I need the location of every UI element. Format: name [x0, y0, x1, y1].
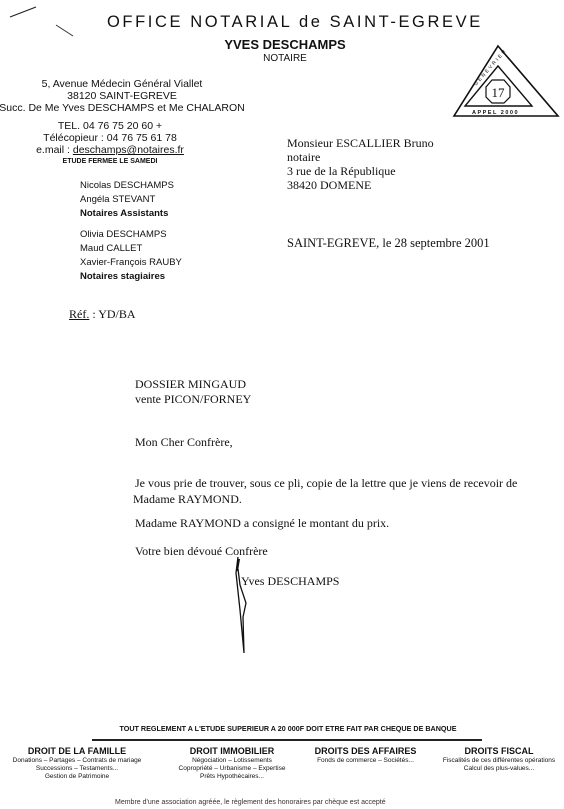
email-link[interactable]: deschamps@notaires.fr [73, 144, 184, 156]
practice-line: Successions – Testaments... [2, 765, 152, 773]
signer-name: Yves DESCHAMPS [241, 574, 339, 589]
practice-line: Fonds de commerce – Sociétés... [308, 757, 423, 765]
staff-name: Olivia DESCHAMPS [80, 228, 182, 242]
contact-block: TEL. 04 76 75 20 60 + Télécopieur : 04 7… [20, 120, 200, 156]
practice-line: Négociation – Lotissements [172, 757, 292, 765]
office-title: OFFICE NOTARIAL de SAINT-EGREVE [107, 13, 467, 32]
staff-name: Xavier-François RAUBY [80, 256, 182, 270]
triangle-octagon-seal-icon: 17 GENEVRIER APPEL 2000 [452, 44, 560, 118]
body-paragraph-2: Madame RAYMOND a consigné le montant du … [135, 516, 389, 531]
practice-heading: DROITS FISCAL [435, 746, 563, 757]
practice-area-business: DROITS DES AFFAIRES Fonds de commerce – … [308, 746, 423, 765]
practice-heading: DROIT DE LA FAMILLE [2, 746, 152, 757]
address-line1: 5, Avenue Médecin Général Viallet [0, 78, 252, 90]
greeting: Mon Cher Confrère, [135, 435, 233, 450]
subject: DOSSIER MINGAUD vente PICON/FORNEY [135, 377, 251, 407]
practice-line: Prêts Hypothécaires... [172, 773, 292, 781]
svg-text:APPEL 2000: APPEL 2000 [472, 110, 519, 116]
svg-text:17: 17 [492, 85, 506, 100]
subject-line2: vente PICON/FORNEY [135, 392, 251, 407]
payment-notice: TOUT REGLEMENT A L'ETUDE SUPERIEUR A 20 … [90, 724, 486, 733]
reference: Réf. : YD/BA [69, 307, 136, 322]
date-line: SAINT-EGREVE, le 28 septembre 2001 [287, 236, 490, 251]
reference-value: : YD/BA [89, 307, 135, 321]
succession-line: Succ. De Me Yves DESCHAMPS et Me CHALARO… [0, 102, 252, 114]
practice-area-family: DROIT DE LA FAMILLE Donations – Partages… [2, 746, 152, 781]
telephone: TEL. 04 76 75 20 60 + [20, 120, 200, 132]
notary-name: YVES DESCHAMPS [160, 37, 410, 52]
practice-line: Gestion de Patrimoine [2, 773, 152, 781]
staff-name: Nicolas DESCHAMPS [80, 179, 174, 193]
notary-role: NOTAIRE [160, 53, 410, 64]
reference-label: Réf. [69, 307, 89, 321]
practice-heading: DROITS DES AFFAIRES [308, 746, 423, 757]
recipient-name: Monsieur ESCALLIER Bruno [287, 136, 434, 150]
recipient-street: 3 rue de la République [287, 164, 434, 178]
fax: Télécopieur : 04 76 75 61 78 [20, 132, 200, 144]
practice-heading: DROIT IMMOBILIER [172, 746, 292, 757]
staff-title: Notaires stagiaires [80, 270, 182, 284]
closed-notice: ETUDE FERMEE LE SAMEDI [45, 158, 175, 165]
subject-line1: DOSSIER MINGAUD [135, 377, 251, 392]
staff-assistants: Nicolas DESCHAMPS Angéla STEVANT Notaire… [80, 179, 174, 221]
staff-name: Angéla STEVANT [80, 193, 174, 207]
staff-name: Maud CALLET [80, 242, 182, 256]
recipient-title: notaire [287, 150, 434, 164]
scan-marks [0, 0, 80, 40]
paragraph1-line2: Madame RAYMOND. [133, 491, 550, 507]
practice-area-tax: DROITS FISCAL Fiscalités de ces différen… [435, 746, 563, 773]
email-line: e.mail : deschamps@notaires.fr [20, 144, 200, 156]
membership-notice: Membre d'une association agréée, le règl… [115, 799, 386, 806]
practice-line: Copropriété – Urbanisme – Expertise [172, 765, 292, 773]
body-paragraph-1: Je vous prie de trouver, sous ce pli, co… [135, 475, 550, 507]
office-address: 5, Avenue Médecin Général Viallet 38120 … [0, 78, 252, 114]
footer-divider [92, 739, 482, 741]
handwritten-signature [226, 555, 256, 655]
staff-trainees: Olivia DESCHAMPS Maud CALLET Xavier-Fran… [80, 228, 182, 284]
recipient-address: Monsieur ESCALLIER Bruno notaire 3 rue d… [287, 136, 434, 192]
paragraph1-line1: Je vous prie de trouver, sous ce pli, co… [135, 475, 550, 491]
practice-line: Fiscalités de ces différentes opérations [435, 757, 563, 765]
recipient-city: 38420 DOMENE [287, 178, 434, 192]
address-line2: 38120 SAINT-EGREVE [0, 90, 252, 102]
staff-title: Notaires Assistants [80, 207, 174, 221]
practice-area-real-estate: DROIT IMMOBILIER Négociation – Lotisseme… [172, 746, 292, 781]
practice-line: Donations – Partages – Contrats de maria… [2, 757, 152, 765]
email-label: e.mail : [36, 144, 73, 156]
practice-line: Calcul des plus-values... [435, 765, 563, 773]
